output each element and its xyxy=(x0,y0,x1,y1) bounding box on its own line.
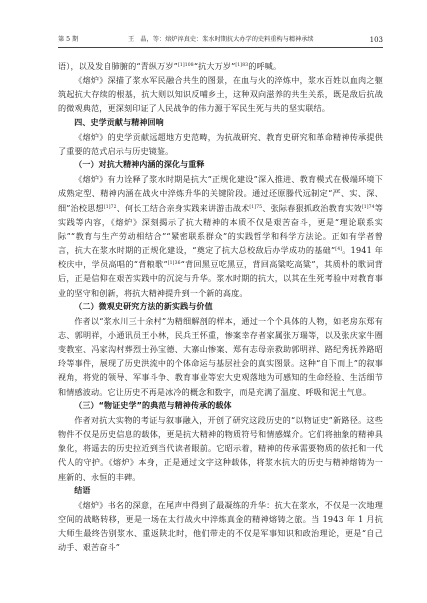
body-paragraph: 语），以及发自肺腑的“青纵万岁”[1]108“抗大万岁”[1]83的呼喊。 xyxy=(58,59,383,73)
article-body: 语），以及发自肺腑的“青纵万岁”[1]108“抗大万岁”[1]83的呼喊。《熔炉… xyxy=(58,59,383,554)
running-header: 第 5 期 王 晶，等：熔炉淬真史：浆水时期抗大办学的史料重构与精神承续 103 xyxy=(58,33,383,47)
running-title: 王 晶，等：熔炉淬真史：浆水时期抗大办学的史料重构与精神承续 xyxy=(128,33,314,47)
citation-superscript: [1]75 xyxy=(249,205,262,210)
citation-superscript: [1]36 xyxy=(168,261,181,266)
body-paragraph: 作者以“浆水川三十余村”为精细解剖的样本，通过一个个具体的人物，如老房东郑有志、… xyxy=(58,314,383,399)
section-heading: （一）对抗大精神内涵的深化与重释 xyxy=(58,158,383,172)
citation-superscript: [1]108 xyxy=(178,63,194,68)
page-number: 103 xyxy=(370,33,383,47)
citation-superscript: [1]72 xyxy=(104,205,117,210)
header-rule xyxy=(58,47,383,48)
issue-label: 第 5 期 xyxy=(58,33,78,47)
body-paragraph: 《熔炉》书名的深意，在尾声中得到了最凝练的升华：抗大在浆水，不仅是一次地理空间的… xyxy=(58,498,383,555)
section-heading: （三）“物证史学”的典范与精神传承的载体 xyxy=(58,399,383,413)
citation-superscript: [1]83 xyxy=(235,63,248,68)
body-paragraph: 《熔炉》的史学贡献远超地方史范畴，为抗战研究、教育史研究和革命精神传承提供了重要… xyxy=(58,130,383,158)
body-paragraph: 《熔炉》有力诠释了浆水时期是抗大“正规化建设”深入推进、教育模式在极端环境下成熟… xyxy=(58,172,383,299)
citation-superscript: [1]74 xyxy=(362,205,375,210)
citation-superscript: [4] xyxy=(335,247,342,252)
section-heading: 结语 xyxy=(58,484,383,498)
section-heading: （二）微观史研究方法的新实践与价值 xyxy=(58,300,383,314)
body-paragraph: 《熔炉》深描了浆水军民融合共生的图景，在血与火的淬炼中，浆水百姓以血肉之躯筑起抗… xyxy=(58,73,383,115)
body-paragraph: 作者对抗大实物的考证与叙事融入，开创了研究这段历史的“以物证史”新路径。这些物件… xyxy=(58,413,383,484)
section-heading: 四、史学贡献与精神回响 xyxy=(58,116,383,130)
